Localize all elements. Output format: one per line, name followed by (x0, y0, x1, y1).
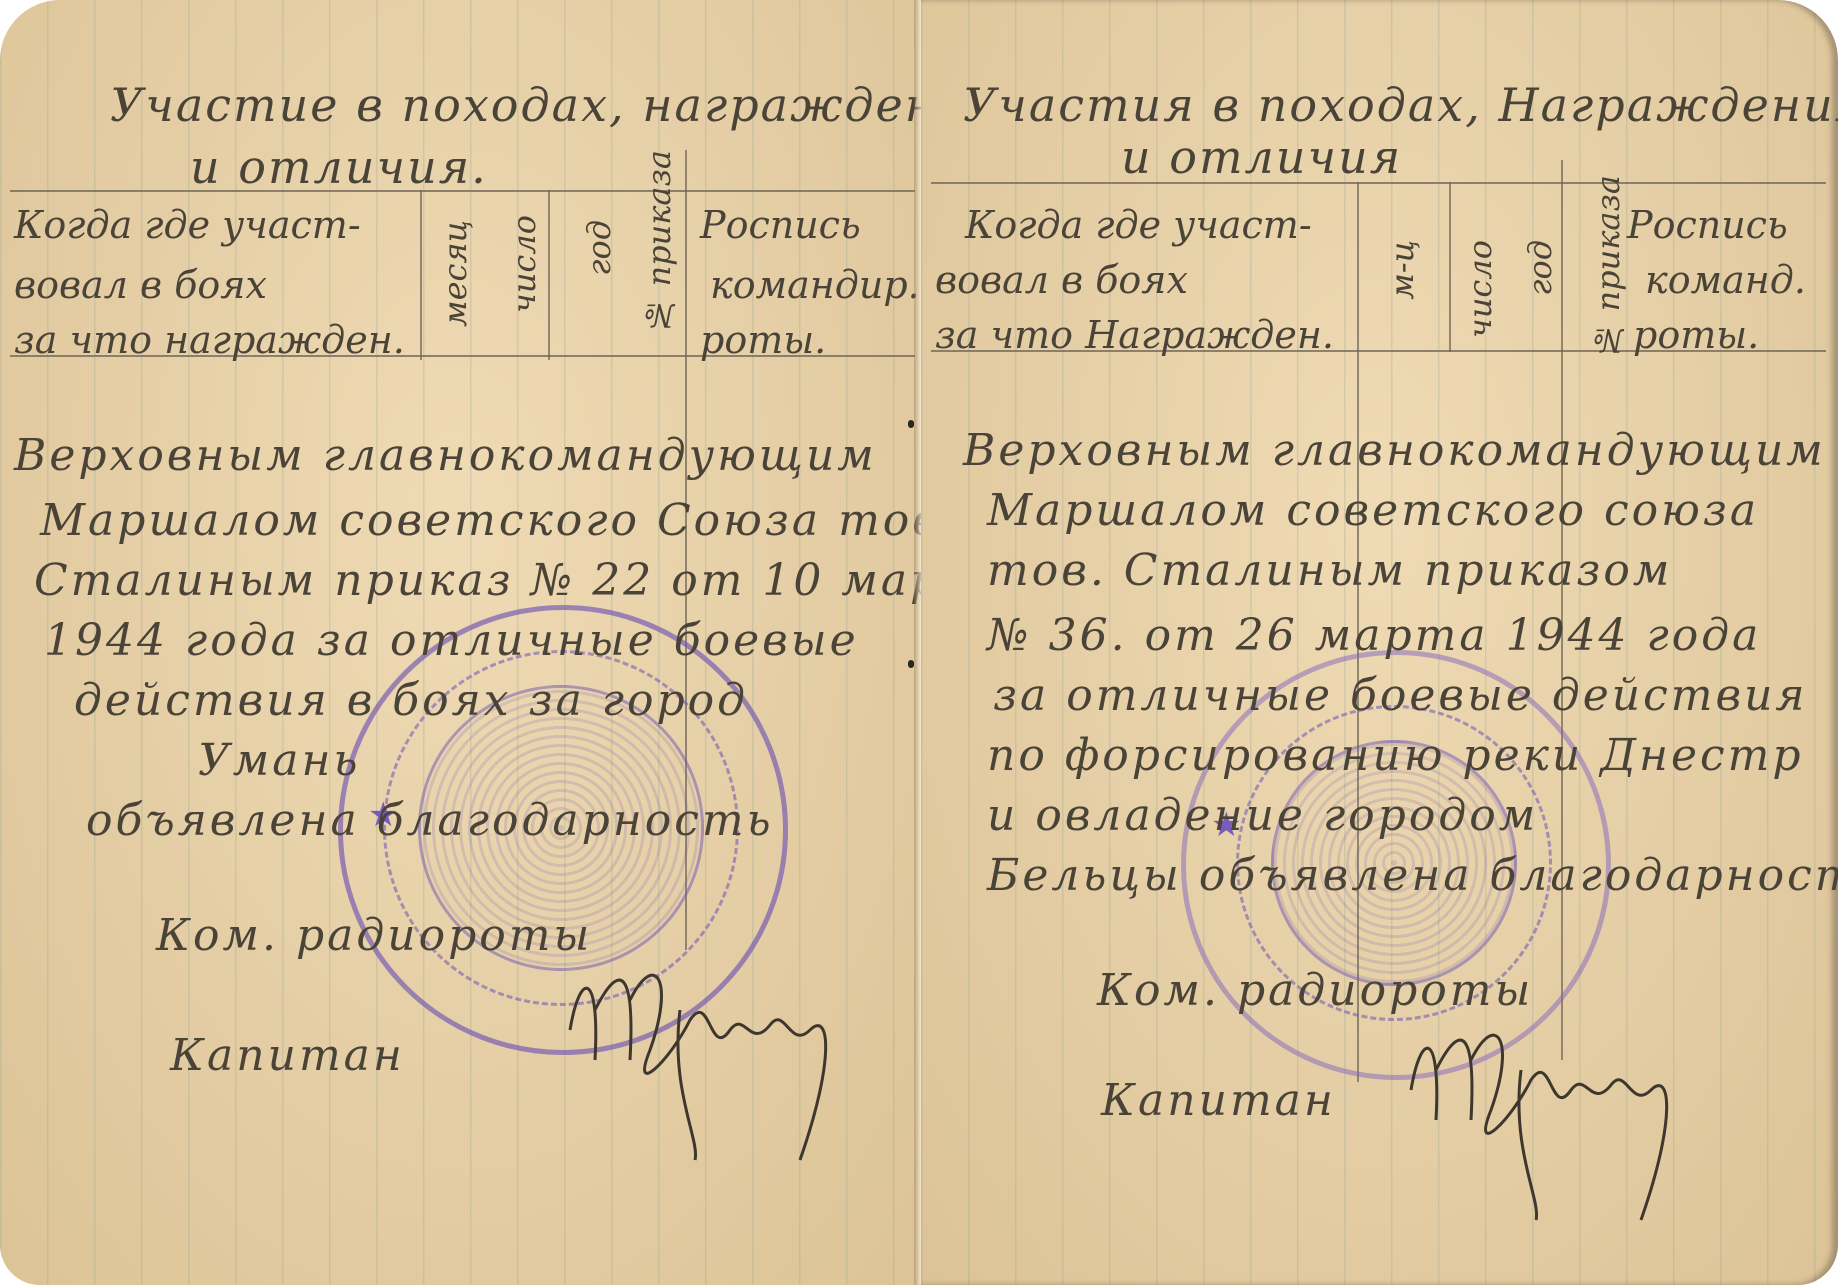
right-title-line2: и отличия (1121, 130, 1402, 184)
left-title-line2: и отличия. (190, 140, 488, 194)
right-col4-header: год (1521, 240, 1559, 296)
left-col6-header-3: роты. (700, 310, 826, 370)
left-signature-rank: Капитан (170, 1030, 405, 1081)
right-col2-header: м-ц (1383, 240, 1421, 300)
left-page: Участие в походах, награждения и отличия… (0, 0, 921, 1285)
col-divider (548, 190, 550, 360)
left-title-line1: Участие в походах, награждения (110, 78, 921, 132)
left-body-line: Верховным главнокомандующим (14, 430, 877, 481)
left-body-line: действия в боях за город (74, 675, 748, 726)
left-body-line: объявлена благодарность (86, 795, 774, 846)
right-col6-header-1: Роспись (1627, 195, 1788, 255)
right-body-line: тов. Сталиным приказом (987, 545, 1672, 596)
right-title-line1: Участия в походах, Награждения (963, 78, 1838, 132)
left-signature-title: Ком. радиороты (156, 910, 592, 961)
left-col6-header-2: командир. (710, 255, 920, 315)
right-col3-header: число (1461, 240, 1499, 338)
right-col6-header-2: команд. (1645, 250, 1806, 310)
left-col6-header-1: Роспись (700, 195, 861, 255)
left-col2-header: месяц (436, 220, 474, 327)
right-col5-header: № приказа (1589, 175, 1627, 360)
right-page: Участия в походах, Награждения и отличия… (921, 0, 1838, 1285)
booklet-spread: Участие в походах, награждения и отличия… (0, 0, 1838, 1285)
col-divider (420, 190, 422, 360)
left-body-line: Маршалом советского Союза тов. (40, 495, 921, 546)
right-signature (1401, 1010, 1721, 1240)
right-body-line: Верховным главнокомандующим (963, 425, 1826, 476)
right-body-line: и овладение городом (987, 790, 1538, 841)
right-col1-header-3: за что Награжден. (935, 305, 1334, 365)
right-signature-title: Ком. радиороты (1097, 965, 1533, 1016)
right-body-line: за отличные боевые действия (993, 670, 1808, 721)
right-body-line: № 36. от 26 марта 1944 года (987, 610, 1761, 661)
left-body-line: Умань (198, 735, 360, 786)
right-col1-header-2: вовал в боях (935, 250, 1188, 310)
left-col1-header-3: за что награжден. (14, 310, 405, 370)
left-col1-header-1: Когда где участ- (14, 195, 361, 255)
left-body-line: Сталиным приказ № 22 от 10 марта (34, 555, 921, 606)
col-divider (1449, 182, 1451, 352)
left-body-line: 1944 года за отличные боевые (44, 615, 859, 666)
left-col4-header: год (580, 220, 618, 276)
right-body-line: Маршалом советского союза (987, 485, 1759, 536)
left-col3-header: число (505, 215, 543, 313)
left-col1-header-2: вовал в боях (14, 255, 267, 315)
left-signature (560, 950, 880, 1180)
left-col5-header: № приказа (640, 150, 678, 335)
right-body-line: по форсированию реки Днестр (987, 730, 1804, 781)
right-signature-rank: Капитан (1101, 1075, 1336, 1126)
right-col1-header-1: Когда где участ- (965, 195, 1312, 255)
table-top-rule (931, 182, 1826, 184)
table-top-rule (10, 190, 915, 192)
right-body-line: Бельцы объявлена благодарность (987, 850, 1838, 901)
right-col6-header-3: роты. (1633, 305, 1759, 365)
